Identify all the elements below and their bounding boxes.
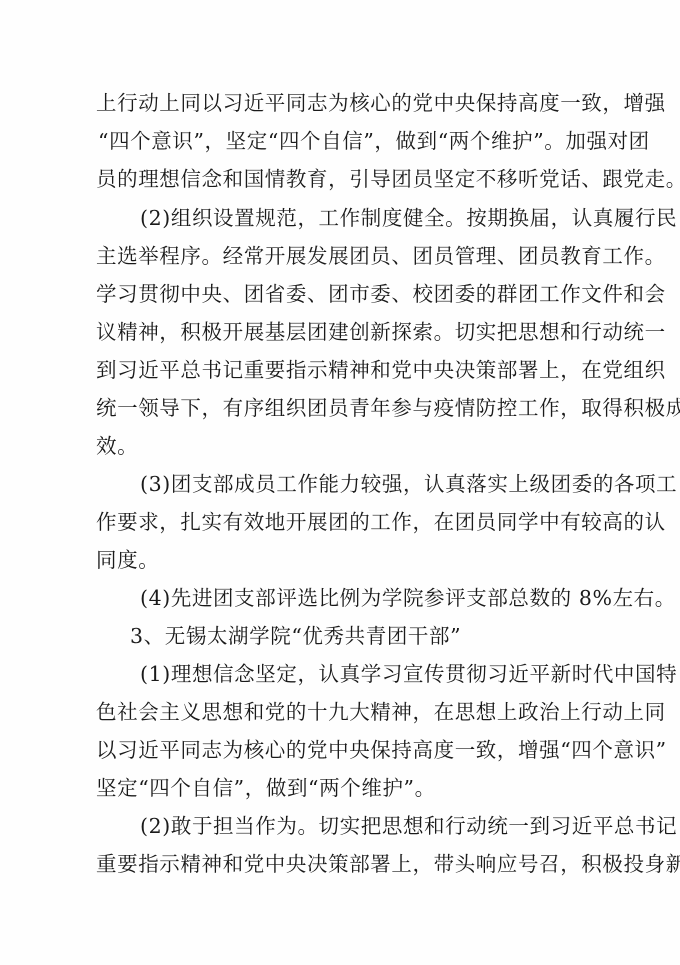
text-line: 议精神，积极开展基层团建创新探索。切实把思想和行动统一: [96, 320, 666, 344]
text-line: 色社会主义思想和党的十九大精神，在思想上政治上行动上同: [96, 700, 666, 724]
text-line: 重要指示精神和党中央决策部署上，带头响应号召，积极投身新: [96, 852, 680, 876]
text-line: 以习近平同志为核心的党中央保持高度一致，增强“四个意识”: [96, 738, 667, 762]
paragraph-item-4: (4)先进团支部评选比例为学院参评支部总数的 8%左右。: [140, 586, 676, 610]
text-line: 效。: [96, 434, 138, 458]
section-heading: 3、无锡太湖学院“优秀共青团干部”: [130, 624, 461, 648]
text-line: 作要求，扎实有效地开展团的工作，在团员同学中有较高的认: [96, 510, 666, 534]
paragraph-item-2: (2)组织设置规范，工作制度健全。按期换届，认真履行民: [140, 206, 677, 230]
text-line: 学习贯彻中央、团省委、团市委、校团委的群团工作文件和会: [96, 282, 666, 306]
text-line: 统一领导下，有序组织团员青年参与疫情防控工作，取得积极成: [96, 396, 680, 420]
text-line: 员的理想信念和国情教育，引导团员坚定不移听党话、跟党走。: [96, 167, 680, 191]
text-line: 坚定“四个自信”，做到“两个维护”。: [96, 776, 436, 800]
paragraph-item-3: (3)团支部成员工作能力较强，认真落实上级团委的各项工: [140, 472, 677, 496]
paragraph-item-1: (1)理想信念坚定，认真学习宣传贯彻习近平新时代中国特: [140, 662, 677, 686]
text-line: 主选举程序。经常开展发展团员、团员管理、团员教育工作。: [96, 244, 666, 268]
text-line: 上行动上同以习近平同志为核心的党中央保持高度一致，增强: [96, 91, 666, 115]
document-page: 上行动上同以习近平同志为核心的党中央保持高度一致，增强 “四个意识”，坚定“四个…: [0, 0, 680, 965]
paragraph-item-2: (2)敢于担当作为。切实把思想和行动统一到习近平总书记: [140, 814, 677, 838]
text-line: “四个意识”，坚定“四个自信”，做到“两个维护”。加强对团: [98, 129, 650, 153]
text-line: 同度。: [96, 548, 159, 572]
text-line: 到习近平总书记重要指示精神和党中央决策部署上，在党组织: [96, 358, 666, 382]
